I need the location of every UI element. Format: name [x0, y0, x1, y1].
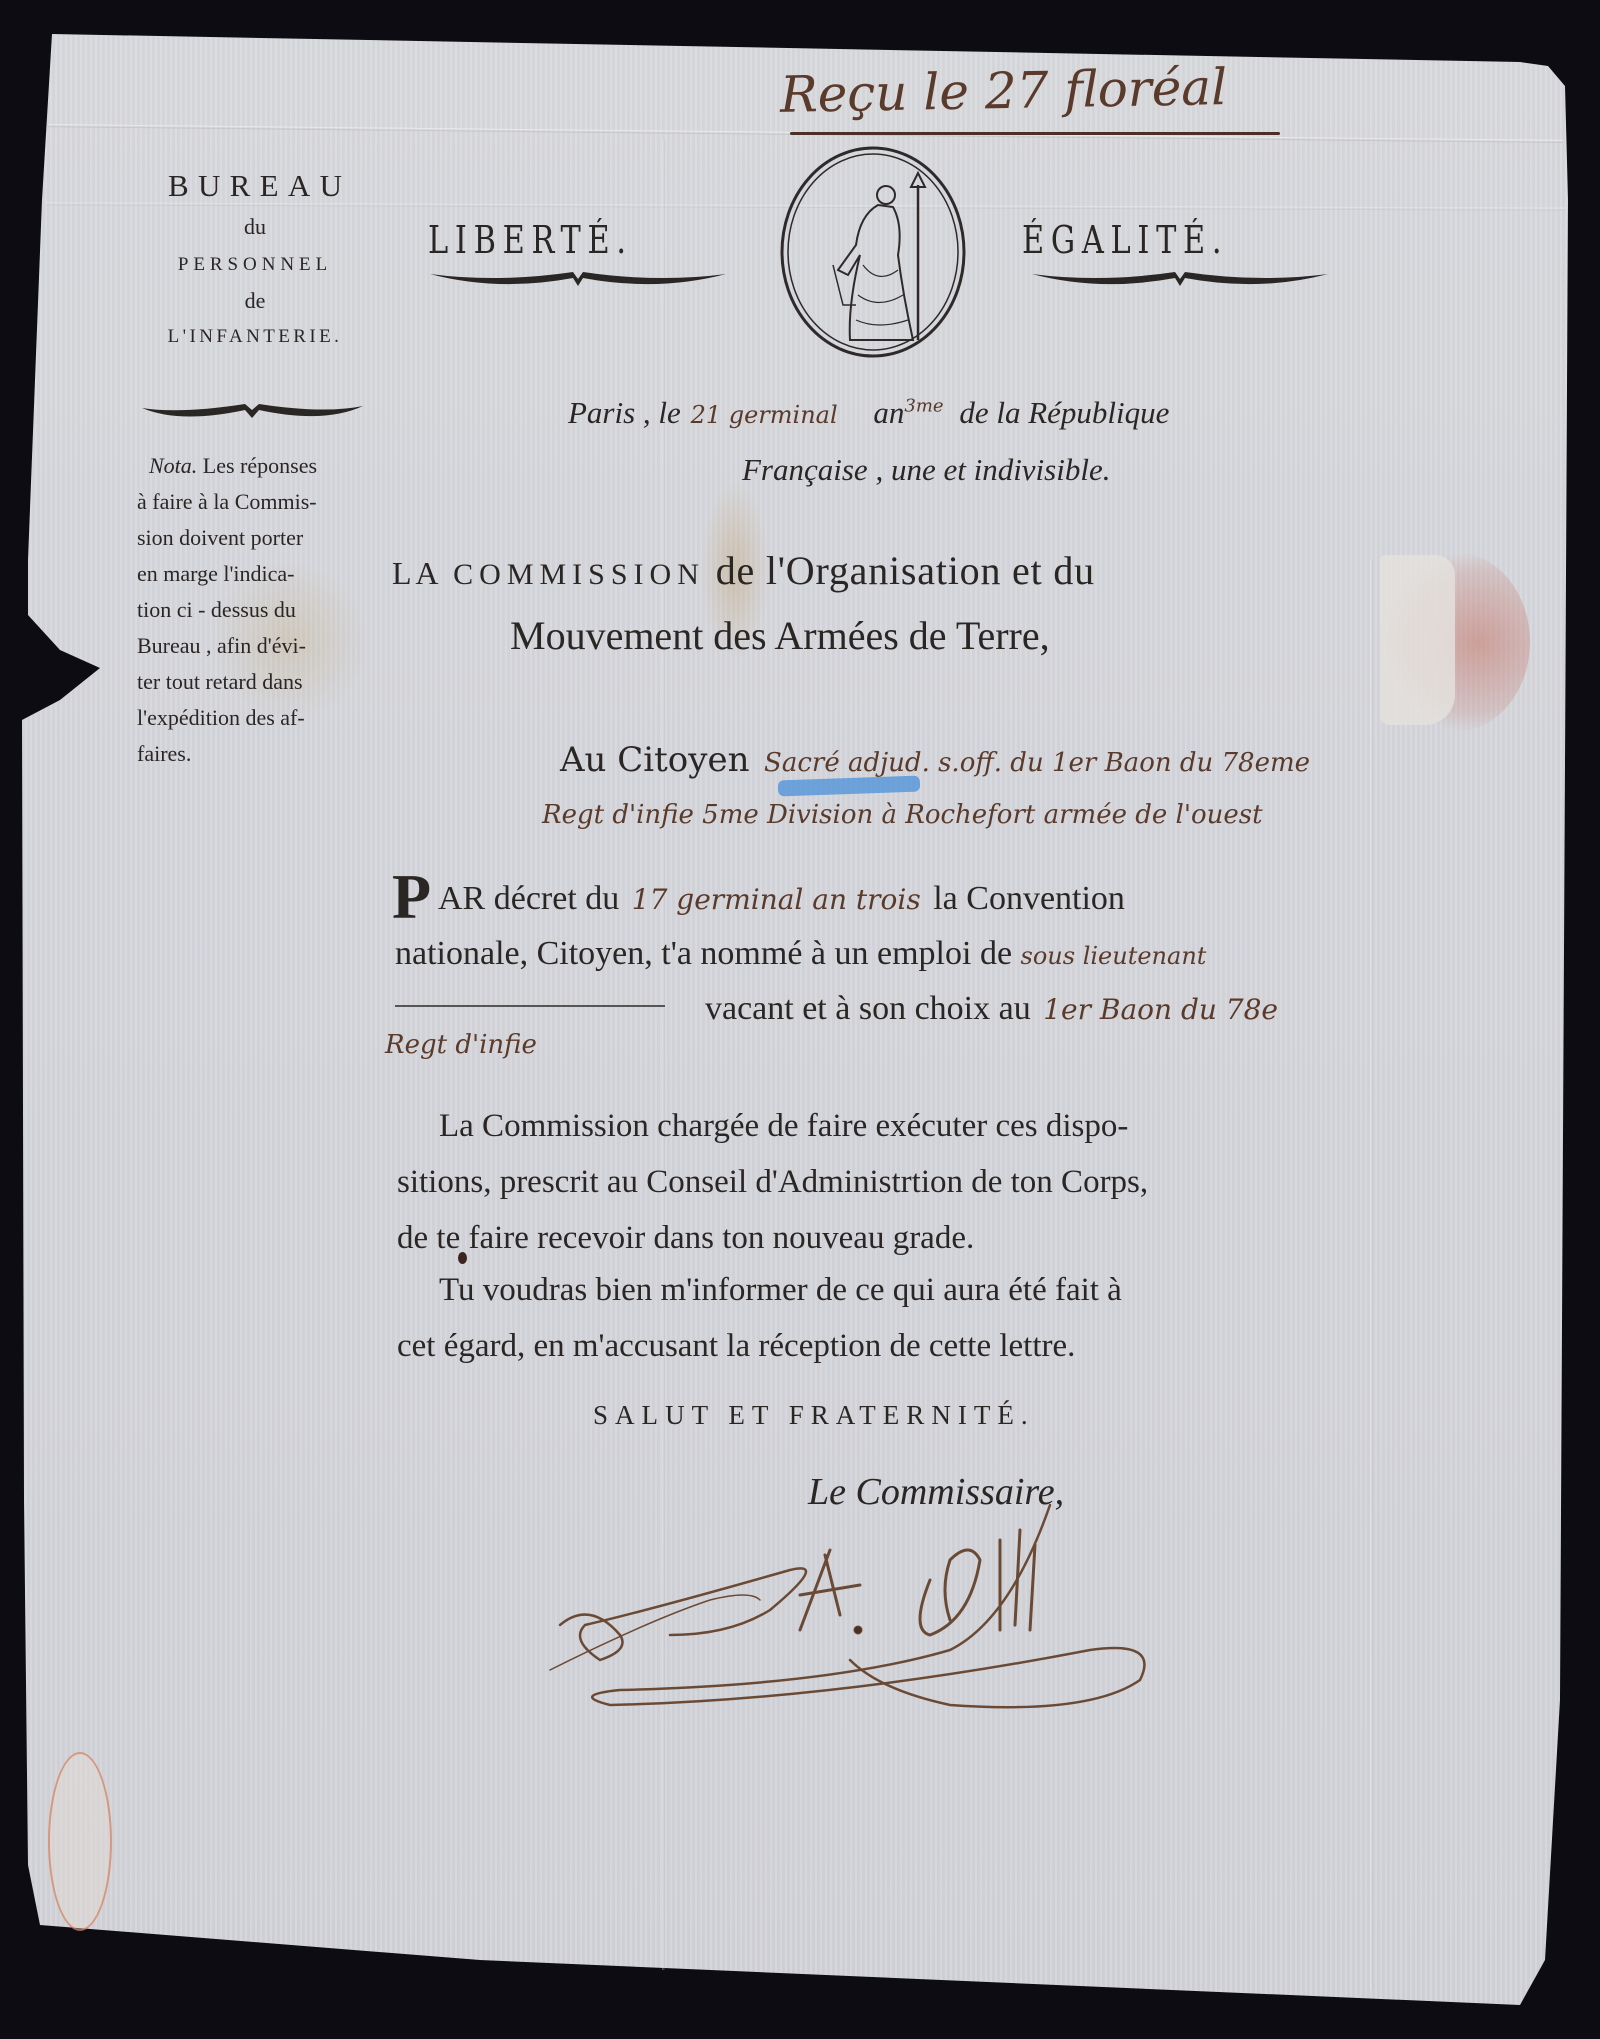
- body-para3: Tu voudras bien m'informer de ce qui aur…: [397, 1262, 1122, 1374]
- para2-line: sitions, prescrit au Conseil d'Administr…: [397, 1154, 1148, 1210]
- issuer-line2: Mouvement des Armées de Terre,: [510, 612, 1050, 659]
- dateline-handwritten-year: 3me: [904, 396, 943, 417]
- recipient-prefix: Au Citoyen: [560, 740, 750, 780]
- body-handwritten-regiment: Regt d'infie: [385, 1030, 537, 1060]
- bureau-personnel: PERSONNEL: [130, 254, 380, 276]
- bureau-de: de: [130, 288, 380, 314]
- nota-label: Nota.: [149, 453, 197, 478]
- recipient-line1: Au Citoyen Sacré adjud. s.off. du 1er Ba…: [560, 740, 1310, 780]
- recipient-handwritten-line1: Sacré adjud. s.off. du 1er Baon du 78eme: [764, 748, 1310, 778]
- body-line1-cont: la Convention: [933, 880, 1125, 917]
- body-dropcap: P: [392, 860, 431, 934]
- dateline-handwritten-date: 21 germinal: [691, 401, 838, 429]
- signature-icon: [530, 1500, 1230, 1730]
- wax-seal-residue-bottom: [48, 1752, 112, 1931]
- fold-line-vertical-right: [1370, 560, 1373, 1990]
- motto-liberte: LIBERTÉ.: [428, 218, 633, 262]
- sidebar-bureau: BUREAU du PERSONNEL de L'INFANTERIE.: [130, 168, 380, 348]
- body-line1-start: AR décret du: [438, 880, 619, 917]
- body-line3: vacant et à son choix au 1er Baon du 78e: [705, 990, 1278, 1028]
- torn-paper-patch: [1380, 555, 1455, 725]
- para2-line: de te faire recevoir dans ton nouveau gr…: [397, 1210, 1148, 1266]
- body-line3-start: vacant et à son choix au: [705, 990, 1031, 1027]
- para2-line: La Commission chargée de faire exécuter …: [397, 1098, 1148, 1154]
- nota-line: ter tout retard dans: [137, 664, 369, 700]
- liberty-medallion-icon: [778, 145, 968, 360]
- sidebar-ornament-icon: [140, 402, 365, 424]
- issuer-la: LA: [392, 555, 442, 591]
- nota-line: en marge l'indica-: [137, 556, 369, 592]
- nota-line: sion doivent porter: [137, 520, 369, 556]
- body-handwritten-rank: sous lieutenant: [1021, 942, 1207, 970]
- bureau-du: du: [130, 214, 380, 240]
- motto-left-ornament-icon: [428, 270, 728, 294]
- issuer-line1: LA COMMISSION de l'Organisation et du: [392, 547, 1095, 594]
- body-line2-start: nationale, Citoyen, t'a nommé à un emplo…: [395, 935, 1012, 972]
- body-blank-line: [395, 1005, 665, 1007]
- body-line2: nationale, Citoyen, t'a nommé à un emplo…: [395, 935, 1206, 973]
- nota-line: tion ci - dessus du: [137, 592, 369, 628]
- nota-line: à faire à la Commis-: [137, 484, 369, 520]
- received-annotation: Reçu le 27 floréal: [780, 58, 1228, 124]
- issuer-rest: de l'Organisation et du: [716, 548, 1095, 593]
- annotation-underline: [790, 132, 1280, 135]
- para3-line: cet égard, en m'accusant la réception de…: [397, 1318, 1122, 1374]
- nota-line: Nota. Les réponses: [137, 448, 369, 484]
- nota-line: faires.: [137, 736, 369, 772]
- dateline-line2: Française , une et indivisible.: [742, 452, 1110, 488]
- nota-line: l'expédition des af-: [137, 700, 369, 736]
- recipient-handwritten-line2: Regt d'infie 5me Division à Rochefort ar…: [542, 800, 1263, 830]
- dateline: Paris , le 21 germinal an3me de la Répub…: [568, 395, 1169, 431]
- body-handwritten-decree-date: 17 germinal an trois: [632, 883, 921, 916]
- body-line1: AR décret du 17 germinal an trois la Con…: [438, 880, 1125, 918]
- closing-salutation: SALUT ET FRATERNITÉ.: [593, 1400, 1035, 1431]
- body-handwritten-unit: 1er Baon du 78e: [1043, 993, 1278, 1026]
- motto-right-ornament-icon: [1030, 270, 1330, 294]
- motto-egalite: ÉGALITÉ.: [1022, 218, 1228, 262]
- nota-line: Bureau , afin d'évi-: [137, 628, 369, 664]
- sidebar-nota: Nota. Les réponses à faire à la Commis- …: [137, 448, 369, 772]
- bureau-infanterie: L'INFANTERIE.: [130, 326, 380, 348]
- dateline-suffix: de la République: [959, 395, 1169, 430]
- body-para2: La Commission chargée de faire exécuter …: [397, 1098, 1148, 1266]
- dateline-prefix: Paris , le: [568, 395, 681, 430]
- bureau-title: BUREAU: [139, 168, 380, 204]
- issuer-commission: COMMISSION: [453, 558, 705, 591]
- para3-line: Tu voudras bien m'informer de ce qui aur…: [397, 1262, 1122, 1318]
- dateline-an: an: [873, 395, 904, 430]
